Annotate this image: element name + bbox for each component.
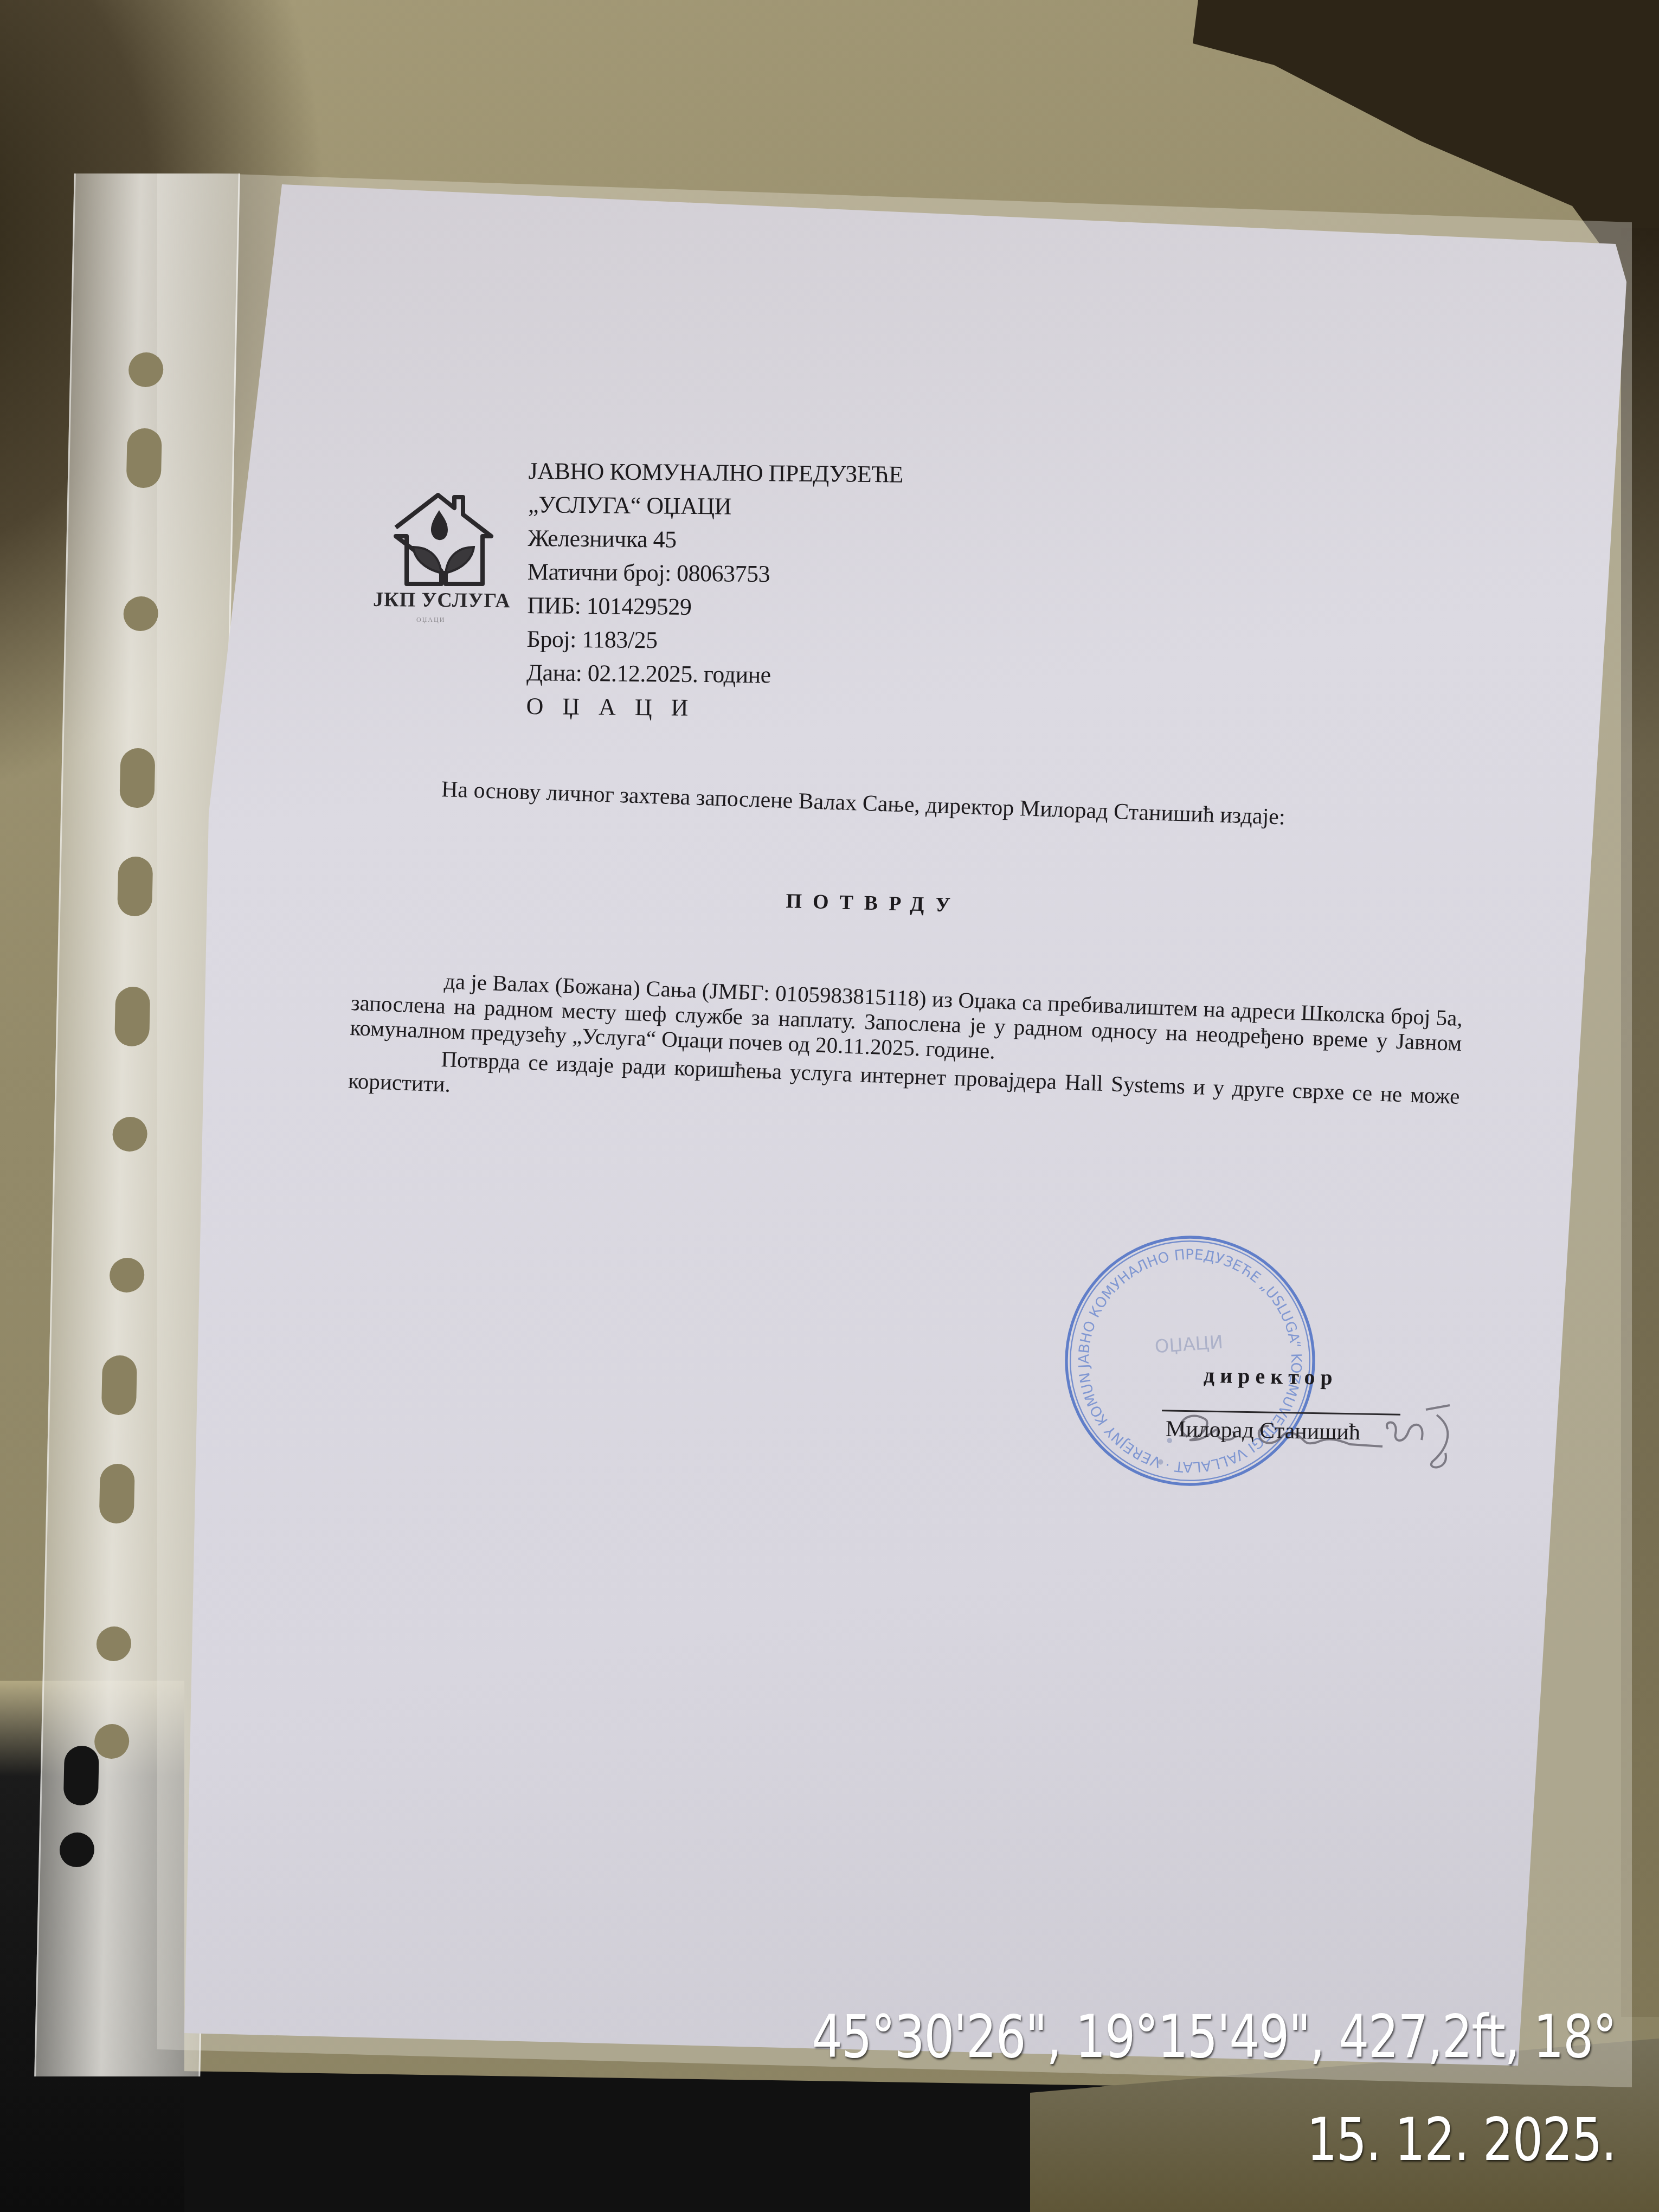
- punch-hole: [94, 1724, 130, 1759]
- punch-hole: [110, 1258, 145, 1293]
- document-date: Дана: 02.12.2025. године: [526, 656, 902, 693]
- punch-hole: [99, 1464, 135, 1523]
- punch-hole: [123, 596, 158, 631]
- photo-date-overlay: 15. 12. 2025.: [1307, 2106, 1616, 2174]
- letterhead: ЈАВНО КОМУНАЛНО ПРЕДУЗЕЋЕ „УСЛУГА“ ОЏАЦИ…: [526, 454, 903, 727]
- city: О Џ А Ц И: [526, 690, 901, 727]
- logo-subtext: ОЏАЦИ: [416, 616, 445, 624]
- punch-hole: [128, 352, 164, 387]
- house-drop-leaves-icon: [389, 484, 498, 593]
- registration-number: Матични број: 08063753: [528, 555, 903, 593]
- punch-hole: [114, 987, 150, 1046]
- gps-coordinates-overlay: 45°30'26", 19°15'49", 427,2ft, 18°: [812, 2003, 1616, 2071]
- logo-text: ЈКП УСЛУГА: [373, 588, 511, 613]
- address: Железничка 45: [528, 522, 903, 559]
- punch-hole: [112, 1117, 147, 1152]
- punch-hole: [96, 1626, 131, 1661]
- punch-hole: [117, 857, 153, 916]
- document-title: ПОТВРДУ: [786, 889, 961, 917]
- document-number: Број: 1183/25: [526, 622, 902, 660]
- punch-hole: [63, 1746, 99, 1805]
- organization-name: „УСЛУГА“ ОЏАЦИ: [528, 488, 903, 525]
- stamp-inner-text: ОЏАЦИ: [1154, 1332, 1224, 1358]
- tax-id: ПИБ: 101429529: [527, 589, 902, 626]
- signatory-name: Милорад Станишић: [1166, 1416, 1361, 1445]
- organization-type: ЈАВНО КОМУНАЛНО ПРЕДУЗЕЋЕ: [528, 454, 903, 492]
- punch-hole: [59, 1832, 94, 1867]
- punch-hole: [101, 1355, 137, 1415]
- punch-hole: [126, 428, 162, 488]
- punch-hole: [119, 748, 155, 808]
